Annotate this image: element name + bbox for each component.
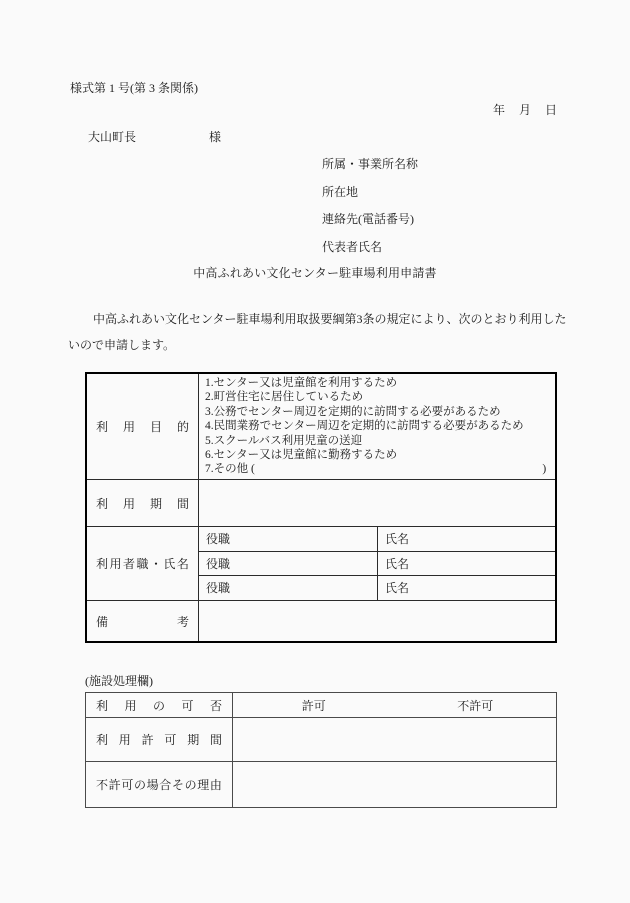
approval-row: 利用の可否 許可 不許可 xyxy=(86,693,556,718)
application-form-page: 様式第 1 号(第 3 条関係) 年 月 日 大山町長様 所属・事業所名称 所在… xyxy=(0,0,630,903)
user-role-label: 役職 xyxy=(199,552,378,576)
admin-section-label: (施設処理欄) xyxy=(85,672,153,689)
applicant-fields: 所属・事業所名称 所在地 連絡先(電話番号) 代表者氏名 xyxy=(322,151,418,261)
remarks-cell xyxy=(199,601,555,641)
purpose-label-cell: 利用目的 xyxy=(87,374,199,479)
date-line: 年 月 日 xyxy=(493,101,558,118)
permit-period-label: 利用許可期間 xyxy=(96,731,222,748)
user-name-label: 氏名 xyxy=(378,576,555,600)
user-row-1: 役職 氏名 xyxy=(199,527,555,552)
applicant-field-org-name: 所属・事業所名称 xyxy=(322,151,418,179)
user-name-label: 氏名 xyxy=(378,527,555,551)
users-cell: 役職 氏名 役職 氏名 役職 氏名 xyxy=(199,527,555,600)
purpose-option-6: 6.センター又は児童館に勤務するため xyxy=(205,448,555,462)
approval-label: 利用の可否 xyxy=(96,697,222,714)
applicant-field-representative: 代表者氏名 xyxy=(322,234,418,262)
purpose-row: 利用目的 1.センター又は児童館を利用するため 2.町営住宅に居住しているため … xyxy=(87,374,555,480)
approval-options-cell: 許可 不許可 xyxy=(233,693,556,717)
admin-table: 利用の可否 許可 不許可 利用許可期間 不許可の場合その理由 xyxy=(85,692,557,808)
user-row-3: 役職 氏名 xyxy=(199,576,555,600)
period-label: 利用期間 xyxy=(96,495,189,512)
purpose-option-4: 4.民間業務でセンター周辺を定期的に訪問する必要があるため xyxy=(205,419,555,433)
denial-reason-row: 不許可の場合その理由 xyxy=(86,762,556,807)
user-role-label: 役職 xyxy=(199,576,378,600)
application-table: 利用目的 1.センター又は児童館を利用するため 2.町営住宅に居住しているため … xyxy=(85,372,557,643)
users-row: 利用者職・氏名 役職 氏名 役職 氏名 役職 氏名 xyxy=(87,527,555,601)
document-title: 中高ふれあい文化センター駐車場利用申請書 xyxy=(0,264,630,281)
approval-option-approved: 許可 xyxy=(233,697,395,714)
form-number: 様式第 1 号(第 3 条関係) xyxy=(70,79,198,96)
remarks-label: 備考 xyxy=(96,613,189,630)
denial-reason-label: 不許可の場合その理由 xyxy=(96,776,222,793)
applicant-field-address: 所在地 xyxy=(322,179,418,207)
intro-paragraph: 中高ふれあい文化センター駐車場利用取扱要綱第3条の規定により、次のとおり利用した… xyxy=(68,306,568,358)
denial-reason-label-cell: 不許可の場合その理由 xyxy=(86,762,233,807)
permit-period-cell xyxy=(233,718,556,761)
approval-label-cell: 利用の可否 xyxy=(86,693,233,717)
approval-option-denied: 不許可 xyxy=(395,697,557,714)
remarks-row: 備考 xyxy=(87,601,555,641)
recipient-honorific: 様 xyxy=(209,130,221,144)
user-row-2: 役職 氏名 xyxy=(199,552,555,577)
permit-period-row: 利用許可期間 xyxy=(86,718,556,762)
period-label-cell: 利用期間 xyxy=(87,480,199,526)
users-label: 利用者職・氏名 xyxy=(96,555,189,572)
purpose-option-7: 7.その他 ( ) xyxy=(205,462,555,476)
permit-period-label-cell: 利用許可期間 xyxy=(86,718,233,761)
purpose-option-3: 3.公務でセンター周辺を定期的に訪問する必要があるため xyxy=(205,405,555,419)
purpose-option-1: 1.センター又は児童館を利用するため xyxy=(205,376,555,390)
purpose-options-cell: 1.センター又は児童館を利用するため 2.町営住宅に居住しているため 3.公務で… xyxy=(199,374,555,479)
users-label-cell: 利用者職・氏名 xyxy=(87,527,199,600)
applicant-field-contact: 連絡先(電話番号) xyxy=(322,206,418,234)
user-name-label: 氏名 xyxy=(378,552,555,576)
denial-reason-cell xyxy=(233,762,556,807)
purpose-option-2: 2.町営住宅に居住しているため xyxy=(205,390,555,404)
user-role-label: 役職 xyxy=(199,527,378,551)
recipient-name: 大山町長 xyxy=(88,130,136,144)
purpose-label: 利用目的 xyxy=(96,418,189,435)
recipient-line: 大山町長様 xyxy=(88,128,221,145)
period-row: 利用期間 年 月 日から 午前・午後 時 分から 年 月 日まで 午後・午後 時… xyxy=(87,480,555,527)
period-cell: 年 月 日から 午前・午後 時 分から 年 月 日まで 午後・午後 時 分まで xyxy=(199,480,555,526)
purpose-option-5: 5.スクールバス利用児童の送迎 xyxy=(205,434,555,448)
remarks-label-cell: 備考 xyxy=(87,601,199,641)
